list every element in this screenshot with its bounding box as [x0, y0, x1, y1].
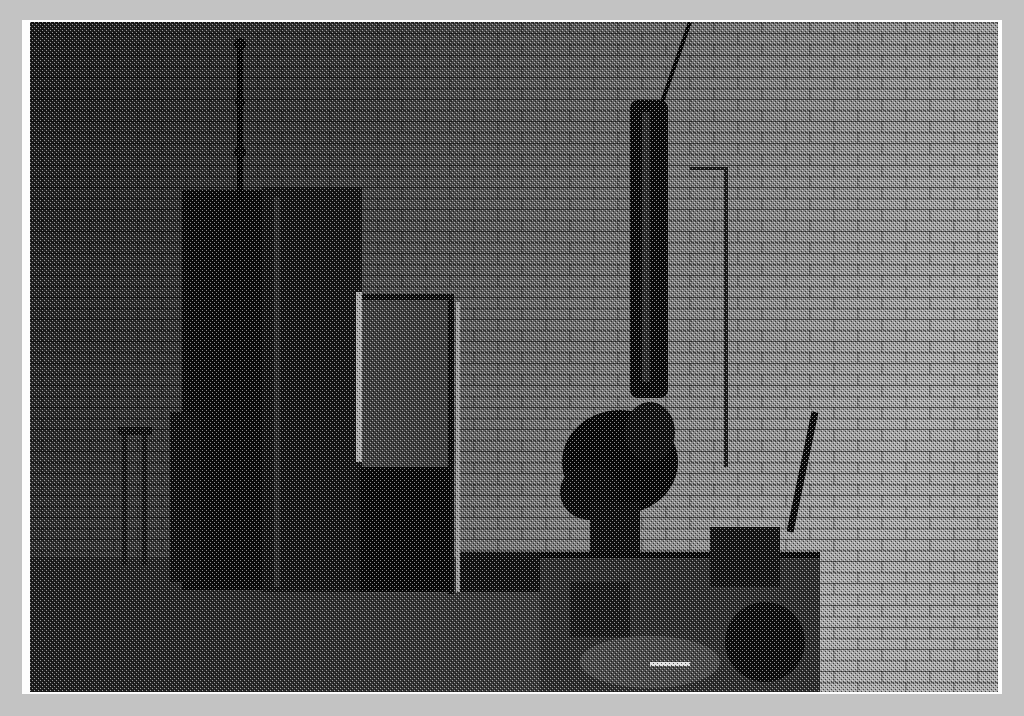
- photo-frame: [22, 20, 1002, 694]
- halftone-photograph: [30, 22, 998, 692]
- scene-illustration: [30, 22, 998, 692]
